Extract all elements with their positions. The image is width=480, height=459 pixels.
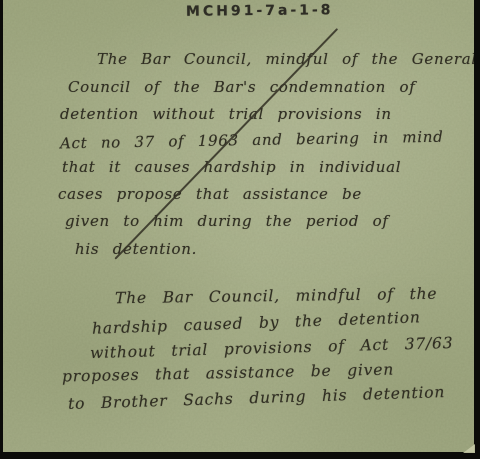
scanned-document-page: MCH91-7a-1-8 The Bar Council, mindful of…: [0, 0, 480, 459]
handwritten-line: cases propose that assistance be: [58, 185, 362, 203]
handwritten-line: proposes that assistance be given: [62, 361, 394, 386]
scan-edge-right: [474, 0, 480, 459]
handwritten-line: Act no 37 of 1963 and bearing in mind: [60, 128, 444, 153]
page-curl: [463, 444, 475, 453]
scan-edge-bottom: [0, 452, 480, 459]
handwritten-line: without trial provisions of Act 37/63: [90, 334, 454, 362]
reference-number: MCH91-7a-1-8: [186, 2, 334, 20]
handwritten-line: his detention.: [75, 240, 197, 258]
handwritten-line: The Bar Council, mindful of the General: [97, 50, 477, 68]
handwritten-line: The Bar Council, mindful of the: [115, 285, 438, 307]
handwritten-line: that it causes hardship in individual: [62, 158, 401, 176]
scan-edge-left: [0, 0, 3, 459]
handwritten-line: to Brother Sachs during his detention: [68, 383, 446, 413]
handwritten-line: given to him during the period of: [65, 212, 389, 230]
handwritten-line: Council of the Bar's condemnation of: [68, 78, 415, 96]
handwritten-line: hardship caused by the detention: [92, 308, 421, 337]
handwritten-line: detention without trial provisions in: [60, 105, 392, 123]
